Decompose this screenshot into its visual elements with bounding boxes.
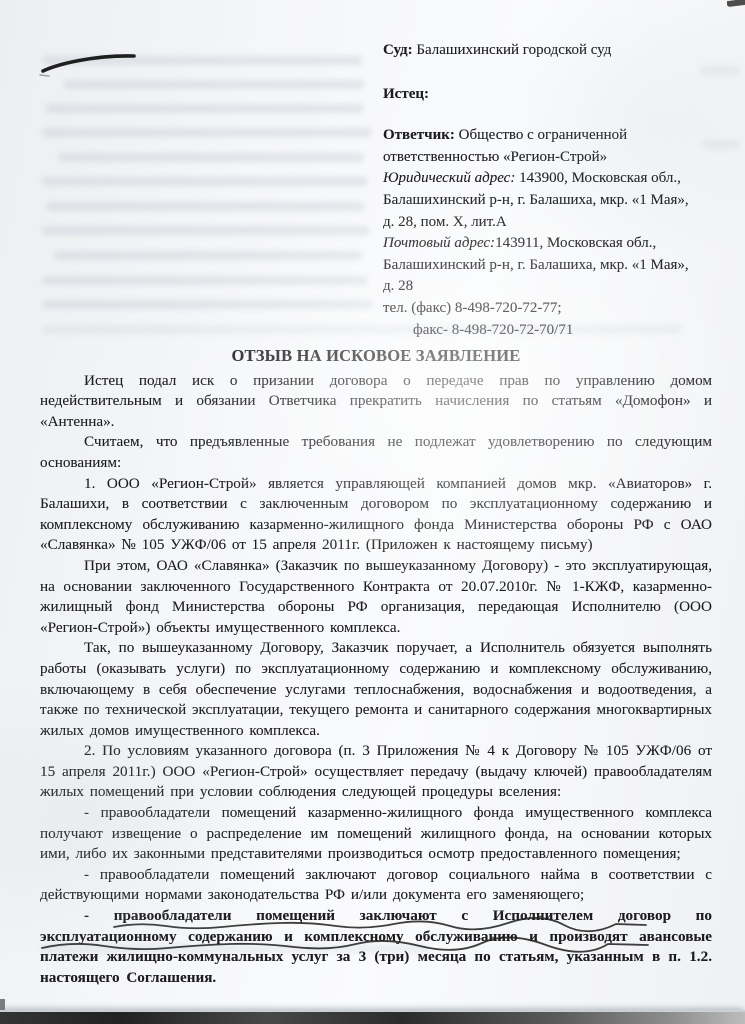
- paragraph-6: 2. По условиям указанного договора (п. 3…: [40, 741, 712, 803]
- paragraph-5: Так, по вышеуказанному Договору, Заказчи…: [40, 638, 712, 741]
- ghost-line: [54, 251, 362, 260]
- ghost-line: [64, 80, 364, 89]
- paragraph-bullet-2: - правообладатели помещений заключают до…: [40, 865, 712, 906]
- scan-bottom-edge: [0, 1010, 745, 1024]
- ghost-line: [42, 177, 368, 186]
- phone-line: тел. (факс) 8-498-720-72-77;: [383, 298, 695, 320]
- scanned-document-page: Суд: Балашихинский городской суд Истец: …: [0, 0, 745, 1024]
- document-body: ОТЗЫВ НА ИСКОВОЕ ЗАЯВЛЕНИЕ Истец подал и…: [40, 346, 712, 988]
- paragraph-1: Истец подал иск о призании договора о пе…: [40, 371, 712, 433]
- plaintiff-label: Истец:: [383, 86, 429, 102]
- ghost-line: [58, 153, 364, 162]
- defendant-line: Ответчик: Общество с ограниченной ответс…: [383, 125, 695, 168]
- ghost-line: [46, 202, 364, 211]
- paragraph-4: При этом, ОАО «Славянка» (Заказчик по вы…: [40, 556, 712, 638]
- postal-address-line: Почтовый адрес:143911, Московская обл., …: [383, 233, 695, 298]
- ghost-line: [702, 140, 740, 149]
- court-label: Суд:: [383, 42, 413, 58]
- ghost-line: [42, 276, 368, 285]
- paragraph-bullet-3-wrap: - правообладатели помещений заключают с …: [40, 906, 712, 988]
- ghost-line: [700, 66, 740, 75]
- defendant-label: Ответчик:: [383, 127, 455, 143]
- paragraph-3: 1. ООО «Регион-Строй» является управляющ…: [40, 474, 712, 556]
- ghost-line: [42, 300, 372, 309]
- legal-address-label: Юридический адрес:: [383, 170, 515, 186]
- court-line: Суд: Балашихинский городской суд: [383, 40, 695, 62]
- court-header-block: Суд: Балашихинский городской суд Истец: …: [383, 40, 695, 341]
- postal-address-label: Почтовый адрес:: [383, 235, 495, 251]
- legal-address-line: Юридический адрес: 143900, Московская об…: [383, 168, 695, 233]
- plaintiff-line: Истец:: [383, 84, 695, 106]
- ghost-line: [46, 104, 364, 113]
- fax-line: факс- 8-498-720-72-70/71: [383, 320, 695, 342]
- ghost-line: [42, 226, 370, 235]
- paragraph-2: Считаем, что предъявленные требования не…: [40, 432, 712, 473]
- paragraph-bullet-3: - правообладатели помещений заключают с …: [40, 906, 712, 988]
- document-title: ОТЗЫВ НА ИСКОВОЕ ЗАЯВЛЕНИЕ: [40, 346, 712, 367]
- scan-corner-artifact: [727, 0, 745, 7]
- pen-mark: [36, 44, 152, 80]
- court-value: Балашихинский городской суд: [416, 42, 611, 58]
- paragraph-bullet-1: - правообладатели помещений казарменно-ж…: [40, 803, 712, 865]
- ghost-line: [42, 128, 372, 137]
